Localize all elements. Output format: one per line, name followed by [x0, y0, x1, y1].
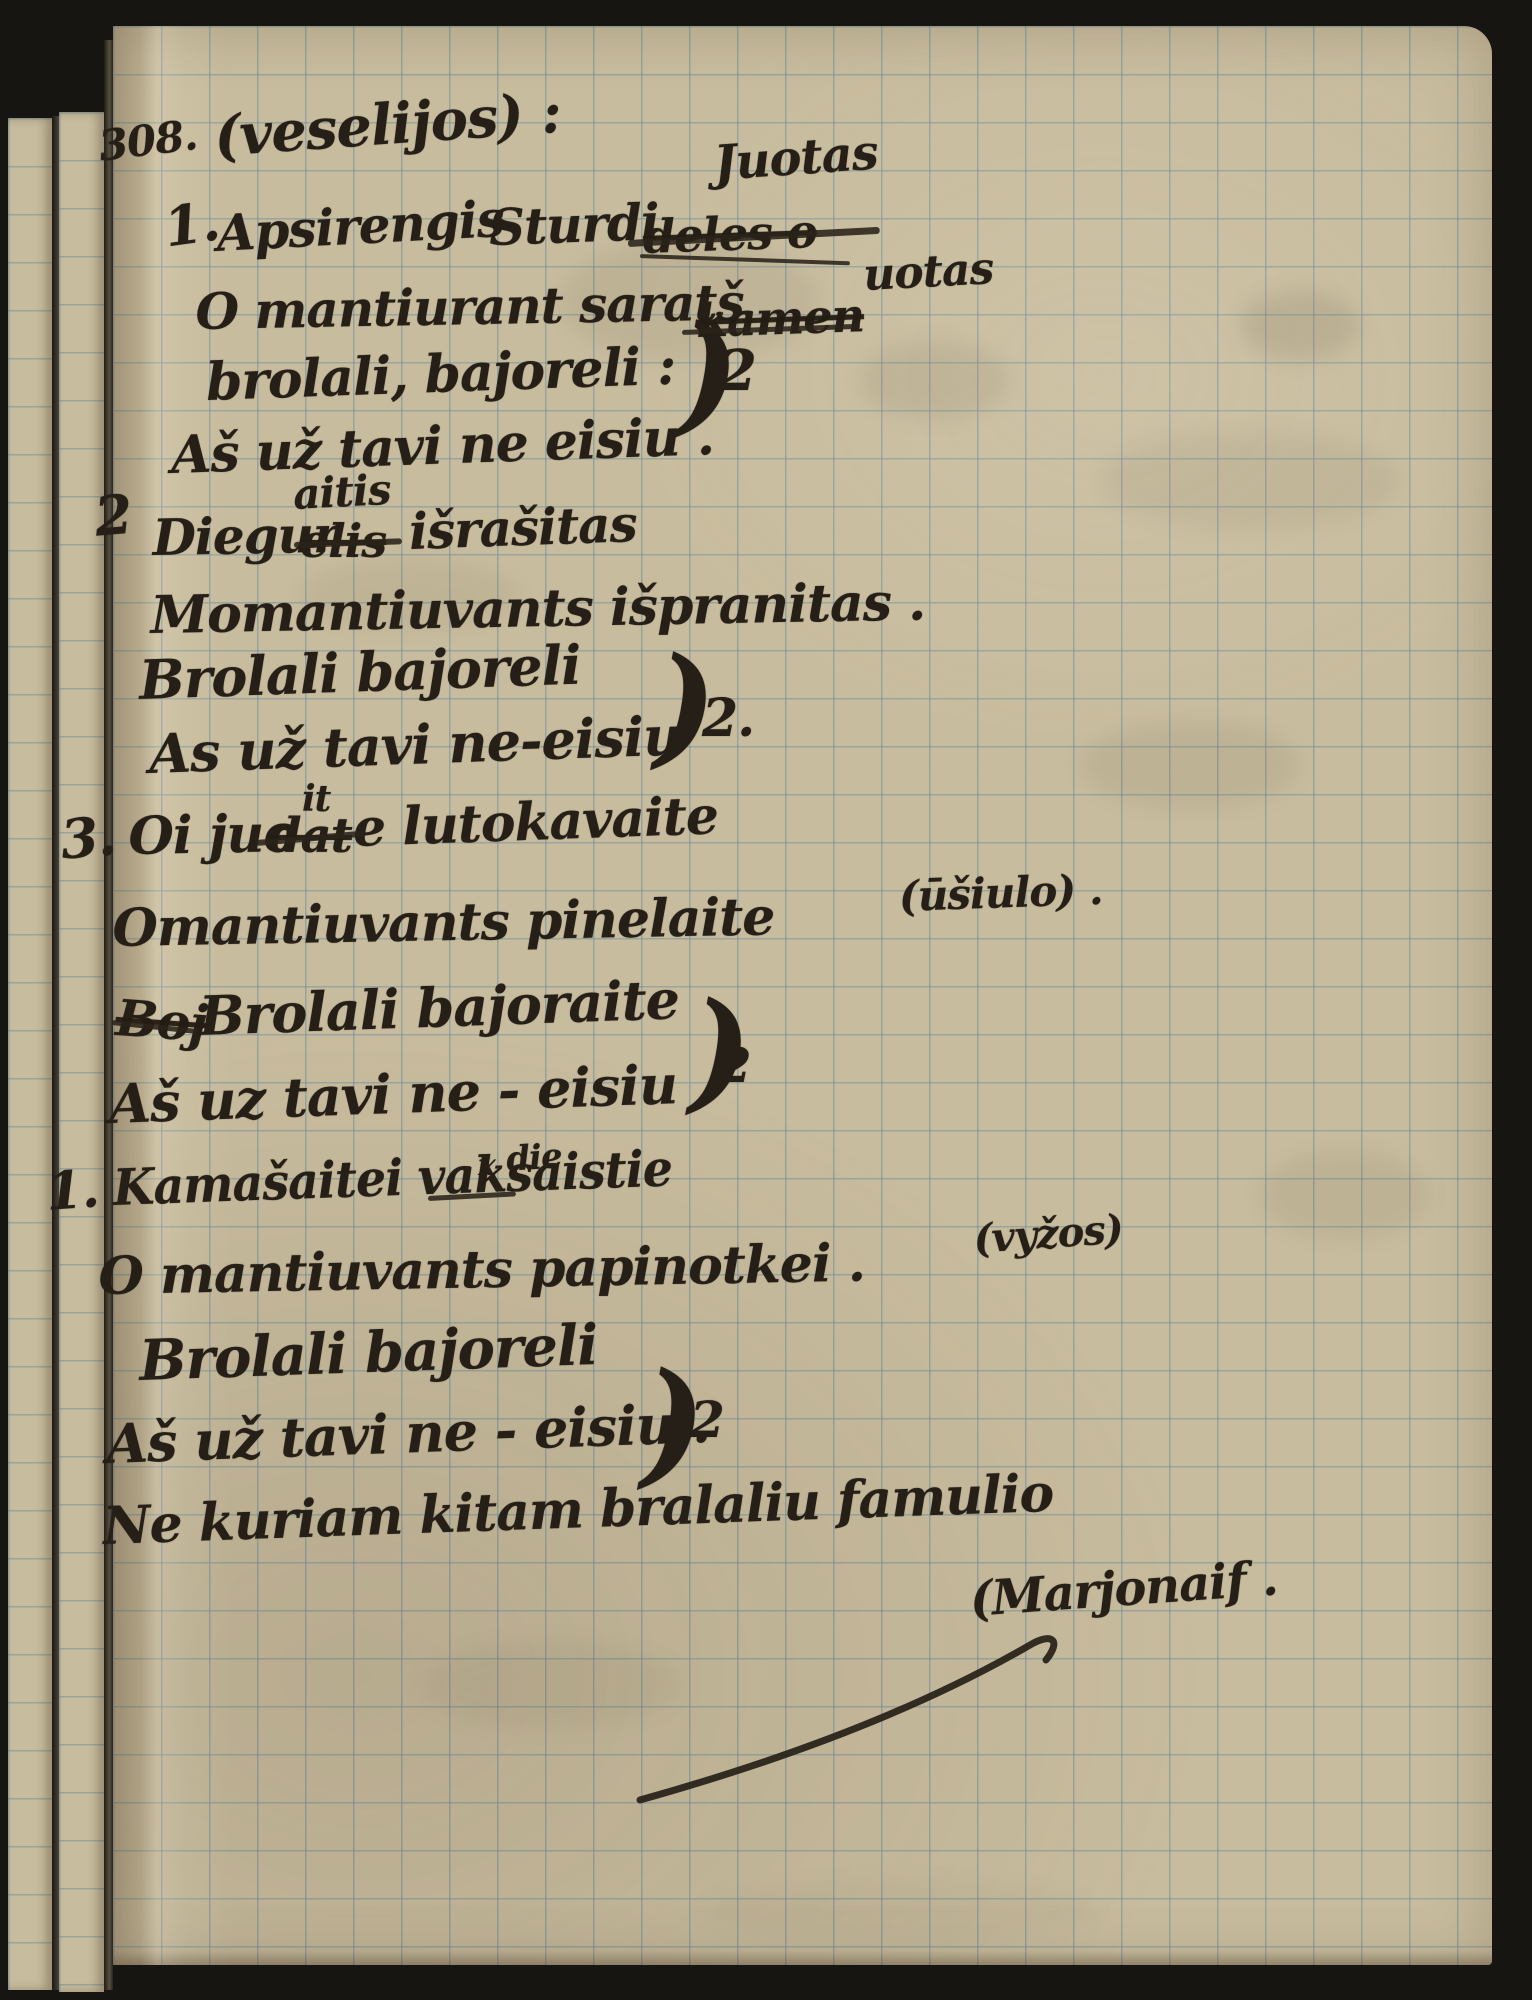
inserted-word: Juotas — [712, 125, 879, 192]
verse-number: 1. — [44, 1158, 100, 1222]
verse-number: 2 — [92, 482, 134, 549]
binding-shadow — [52, 116, 59, 1990]
superscript-insert: die — [505, 1136, 563, 1180]
repeat-count: 2 — [718, 338, 756, 404]
verse-line: Omantiuvants pinelaite — [112, 886, 775, 959]
verse-line: e lutokavaite — [352, 785, 719, 859]
verse-line: Sturdi — [488, 192, 660, 257]
verse-line: O mantiurant saratš — [195, 272, 744, 341]
verse-number: 1. — [160, 188, 223, 259]
repeat-count: 2. — [702, 688, 754, 749]
margin-note: (ūšiulo) . — [898, 865, 1103, 921]
scanned-notebook-spread: 308. (veselijos) : 1. Apsirengis Sturdi … — [0, 0, 1532, 2000]
page-edge-strip — [59, 112, 104, 1992]
repeat-count: 2 — [690, 1390, 724, 1449]
caret-mark: x — [478, 1148, 495, 1183]
verse-line: išrašitas — [408, 494, 638, 561]
repeat-count: 2 — [718, 1038, 750, 1094]
strikethrough-word: Boj — [114, 988, 209, 1053]
inserted-word: uotas — [862, 243, 994, 301]
page-edge-strip — [8, 118, 52, 1990]
binding-shadow — [104, 40, 113, 1990]
verse-number: 3. — [58, 803, 118, 871]
inserted-word: it — [302, 778, 330, 820]
